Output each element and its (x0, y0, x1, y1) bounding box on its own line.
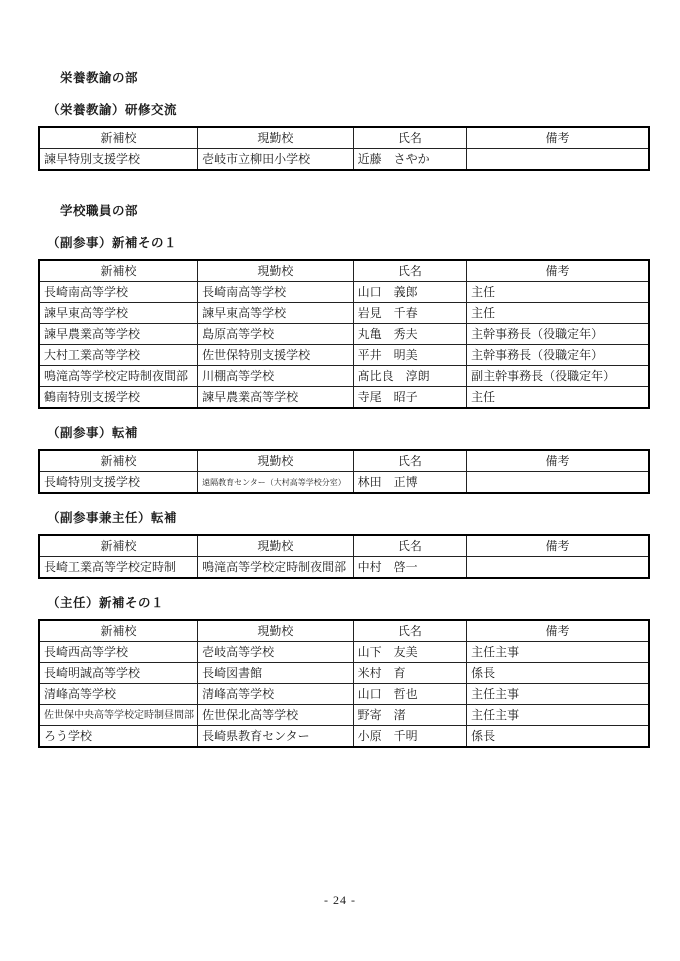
table-cell: 主幹事務長（役職定年） (467, 345, 649, 366)
table-row: 佐世保中央高等学校定時制昼間部佐世保北高等学校野寄 渚主任主事 (39, 705, 649, 726)
table-cell: 岩見 千春 (353, 303, 466, 324)
table-cell: 佐世保中央高等学校定時制昼間部 (39, 705, 198, 726)
table-cell: 島原高等学校 (198, 324, 354, 345)
table-cell: 小原 千明 (353, 726, 466, 748)
document-page: 栄養教諭の部（栄養教諭）研修交流新補校現勤校氏名備考諫早特別支援学校壱岐市立柳田… (0, 0, 680, 961)
table-cell (467, 149, 649, 171)
subsection-title: （副参事）転補 (47, 425, 650, 441)
personnel-table: 新補校現勤校氏名備考長崎南高等学校長崎南高等学校山口 義郎主任諫早東高等学校諫早… (38, 259, 650, 409)
column-header: 新補校 (39, 450, 198, 472)
table-cell: 係長 (467, 726, 649, 748)
table-cell: 中村 啓一 (353, 557, 466, 579)
table-cell: 長崎県教育センター (198, 726, 354, 748)
table-row: 諫早特別支援学校壱岐市立柳田小学校近藤 さやか (39, 149, 649, 171)
table-cell: 林田 正博 (353, 472, 466, 494)
header-row: 新補校現勤校氏名備考 (39, 450, 649, 472)
table-cell: 平井 明美 (353, 345, 466, 366)
personnel-table: 新補校現勤校氏名備考長崎西高等学校壱岐高等学校山下 友美主任主事長崎明誠高等学校… (38, 619, 650, 748)
table-cell: 清峰高等学校 (39, 684, 198, 705)
table-row: 諫早農業高等学校島原高等学校丸亀 秀夫主幹事務長（役職定年） (39, 324, 649, 345)
column-header: 現勤校 (198, 620, 354, 642)
column-header: 氏名 (353, 127, 466, 149)
section-heading: 学校職員の部 (60, 203, 650, 219)
subsection-title: （主任）新補その１ (47, 595, 650, 611)
column-header: 備考 (467, 535, 649, 557)
subsection-title: （栄養教諭）研修交流 (47, 102, 650, 118)
document: 栄養教諭の部（栄養教諭）研修交流新補校現勤校氏名備考諫早特別支援学校壱岐市立柳田… (0, 0, 680, 748)
table-cell (467, 472, 649, 494)
table-cell: 諫早東高等学校 (39, 303, 198, 324)
table-cell: 壱岐高等学校 (198, 642, 354, 663)
column-header: 氏名 (353, 450, 466, 472)
table-cell: 主任主事 (467, 705, 649, 726)
table-cell: 諫早特別支援学校 (39, 149, 198, 171)
table-row: 長崎工業高等学校定時制鳴滝高等学校定時制夜間部中村 啓一 (39, 557, 649, 579)
column-header: 新補校 (39, 535, 198, 557)
table-cell: 山口 哲也 (353, 684, 466, 705)
table-cell: 長崎工業高等学校定時制 (39, 557, 198, 579)
header-row: 新補校現勤校氏名備考 (39, 535, 649, 557)
table-cell: 野寄 渚 (353, 705, 466, 726)
column-header: 現勤校 (198, 450, 354, 472)
table-cell: 大村工業高等学校 (39, 345, 198, 366)
personnel-table: 新補校現勤校氏名備考長崎特別支援学校遠隔教育センター（大村高等学校分室）林田 正… (38, 449, 650, 494)
table-cell: 丸亀 秀夫 (353, 324, 466, 345)
personnel-table: 新補校現勤校氏名備考長崎工業高等学校定時制鳴滝高等学校定時制夜間部中村 啓一 (38, 534, 650, 579)
header-row: 新補校現勤校氏名備考 (39, 127, 649, 149)
table-cell: 近藤 さやか (353, 149, 466, 171)
table-row: 長崎西高等学校壱岐高等学校山下 友美主任主事 (39, 642, 649, 663)
subsection-title: （副参事）新補その１ (47, 235, 650, 251)
header-row: 新補校現勤校氏名備考 (39, 260, 649, 282)
column-header: 氏名 (353, 535, 466, 557)
table-row: 清峰高等学校清峰高等学校山口 哲也主任主事 (39, 684, 649, 705)
table-row: 長崎明誠高等学校長崎図書館米村 育係長 (39, 663, 649, 684)
table-cell: 鳴滝高等学校定時制夜間部 (39, 366, 198, 387)
table-cell: 佐世保特別支援学校 (198, 345, 354, 366)
table-cell: 諫早東高等学校 (198, 303, 354, 324)
column-header: 備考 (467, 260, 649, 282)
column-header: 備考 (467, 450, 649, 472)
column-header: 新補校 (39, 260, 198, 282)
column-header: 現勤校 (198, 535, 354, 557)
table-cell: ろう学校 (39, 726, 198, 748)
table-row: 鶴南特別支援学校諫早農業高等学校寺尾 昭子主任 (39, 387, 649, 409)
section-1: 栄養教諭の部（栄養教諭）研修交流新補校現勤校氏名備考諫早特別支援学校壱岐市立柳田… (38, 70, 650, 171)
column-header: 備考 (467, 127, 649, 149)
column-header: 現勤校 (198, 127, 354, 149)
table-cell: 鳴滝高等学校定時制夜間部 (198, 557, 354, 579)
column-header: 備考 (467, 620, 649, 642)
table-cell: 米村 育 (353, 663, 466, 684)
table-cell: 長崎特別支援学校 (39, 472, 198, 494)
table-row: 鳴滝高等学校定時制夜間部川棚高等学校髙比良 淳朗副主幹事務長（役職定年） (39, 366, 649, 387)
column-header: 新補校 (39, 620, 198, 642)
table-cell: 諫早農業高等学校 (39, 324, 198, 345)
table-cell: 髙比良 淳朗 (353, 366, 466, 387)
table-cell: 副主幹事務長（役職定年） (467, 366, 649, 387)
table-cell: 主任 (467, 282, 649, 303)
table-cell: 係長 (467, 663, 649, 684)
table-row: 大村工業高等学校佐世保特別支援学校平井 明美主幹事務長（役職定年） (39, 345, 649, 366)
table-cell: 長崎図書館 (198, 663, 354, 684)
table-cell: 山下 友美 (353, 642, 466, 663)
table-cell: 川棚高等学校 (198, 366, 354, 387)
table-cell: 山口 義郎 (353, 282, 466, 303)
page-number: - 24 - (0, 893, 680, 908)
section-2: 学校職員の部（副参事）新補その１新補校現勤校氏名備考長崎南高等学校長崎南高等学校… (38, 203, 650, 748)
table-row: ろう学校長崎県教育センター小原 千明係長 (39, 726, 649, 748)
subsection-title: （副参事兼主任）転補 (47, 510, 650, 526)
table-row: 長崎特別支援学校遠隔教育センター（大村高等学校分室）林田 正博 (39, 472, 649, 494)
table-row: 長崎南高等学校長崎南高等学校山口 義郎主任 (39, 282, 649, 303)
table-cell: 長崎西高等学校 (39, 642, 198, 663)
table-cell: 佐世保北高等学校 (198, 705, 354, 726)
table-cell (467, 557, 649, 579)
section-heading: 栄養教諭の部 (60, 70, 650, 86)
table-cell: 遠隔教育センター（大村高等学校分室） (198, 472, 354, 494)
table-cell: 長崎明誠高等学校 (39, 663, 198, 684)
table-cell: 鶴南特別支援学校 (39, 387, 198, 409)
column-header: 現勤校 (198, 260, 354, 282)
table-cell: 主任 (467, 303, 649, 324)
table-cell: 長崎南高等学校 (39, 282, 198, 303)
table-cell: 寺尾 昭子 (353, 387, 466, 409)
table-cell: 主任 (467, 387, 649, 409)
table-cell: 主幹事務長（役職定年） (467, 324, 649, 345)
table-cell: 長崎南高等学校 (198, 282, 354, 303)
table-cell: 主任主事 (467, 684, 649, 705)
table-cell: 主任主事 (467, 642, 649, 663)
table-cell: 清峰高等学校 (198, 684, 354, 705)
table-cell: 壱岐市立柳田小学校 (198, 149, 354, 171)
column-header: 新補校 (39, 127, 198, 149)
column-header: 氏名 (353, 260, 466, 282)
header-row: 新補校現勤校氏名備考 (39, 620, 649, 642)
personnel-table: 新補校現勤校氏名備考諫早特別支援学校壱岐市立柳田小学校近藤 さやか (38, 126, 650, 171)
column-header: 氏名 (353, 620, 466, 642)
table-row: 諫早東高等学校諫早東高等学校岩見 千春主任 (39, 303, 649, 324)
table-cell: 諫早農業高等学校 (198, 387, 354, 409)
